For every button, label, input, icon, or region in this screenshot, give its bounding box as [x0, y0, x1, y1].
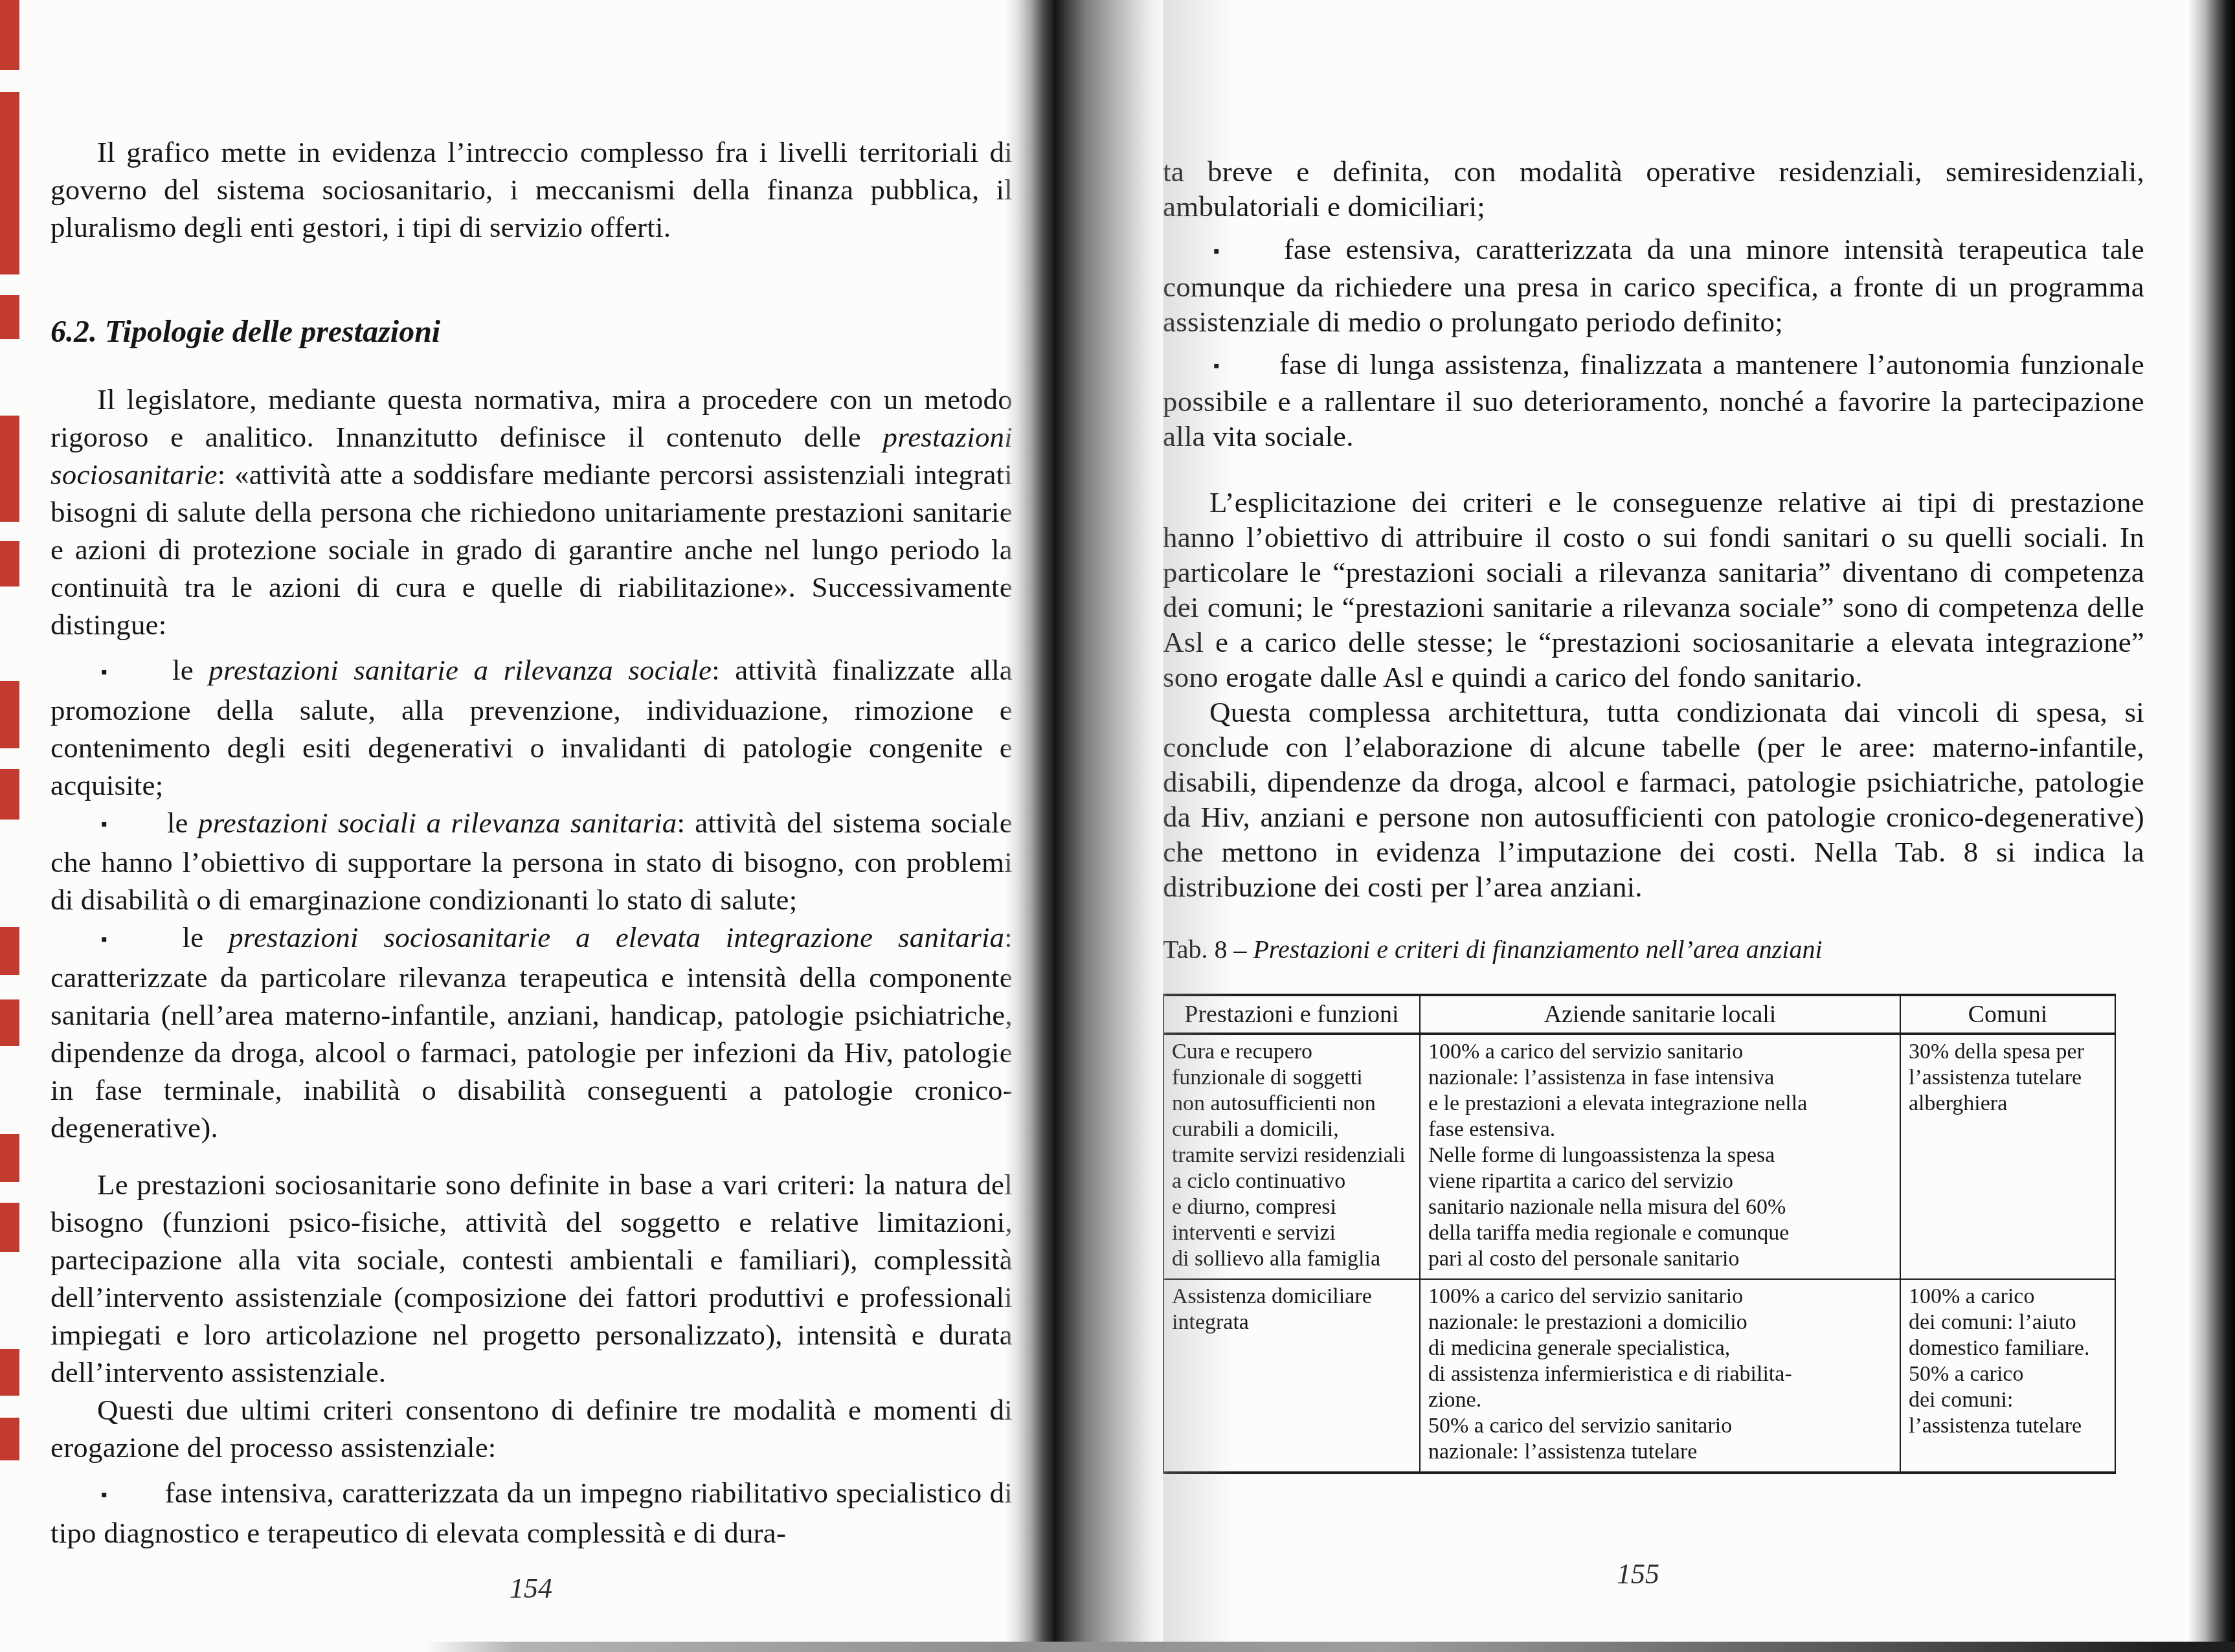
cell-asl-row2: 100% a carico del servizio sanitario naz…: [1420, 1279, 1900, 1473]
cell-cura-recupero: Cura e recupero funzionale di soggetti n…: [1163, 1034, 1420, 1279]
bullet-emphasis: prestazioni sanitarie a rilevanza social…: [208, 654, 712, 686]
cell-comuni-row2: 100% a carico dei comuni: l’aiuto domest…: [1900, 1279, 2115, 1473]
square-bullet-icon: ▪: [101, 930, 125, 950]
red-edge-mark: [0, 416, 19, 522]
bullet-rest: : caratterizzate da particolare rilevanz…: [51, 921, 1013, 1144]
scan-right-edge-shadow: [2188, 0, 2235, 1652]
bullet-rest: fase di lunga assistenza, finalizzata a …: [1163, 348, 2144, 453]
cell-comuni-row1: 30% della spesa per l’assistenza tutelar…: [1900, 1034, 2115, 1279]
page-right: ta breve e definita, con modalità operat…: [1163, 154, 2144, 1474]
bullet-item-sociali-rilevanza-sanitaria: ▪le prestazioni sociali a rilevanza sani…: [51, 804, 1013, 919]
cell-asl-row1: 100% a carico del servizio sanitario naz…: [1420, 1034, 1900, 1279]
column-header-aziende-sanitarie-locali: Aziende sanitarie locali: [1420, 995, 1900, 1034]
red-edge-mark: [0, 0, 19, 70]
table-row: Cura e recupero funzionale di soggetti n…: [1163, 1034, 2115, 1279]
bullet-emphasis: prestazioni sociosanitarie a elevata int…: [229, 921, 1004, 954]
column-header-prestazioni-funzioni: Prestazioni e funzioni: [1163, 995, 1420, 1034]
page-edge-marks: [0, 0, 19, 1652]
page-number-155: 155: [1541, 1557, 1735, 1591]
square-bullet-icon: ▪: [101, 814, 110, 834]
red-edge-mark: [0, 927, 19, 975]
square-bullet-icon: ▪: [101, 1485, 108, 1505]
table-row: Assistenza domiciliare integrata 100% a …: [1163, 1279, 2115, 1473]
red-edge-mark: [0, 1349, 19, 1396]
paragraph-continuation: ta breve e definita, con modalità operat…: [1163, 154, 2144, 224]
red-edge-mark: [0, 681, 19, 748]
square-bullet-icon: ▪: [101, 662, 115, 682]
paragraph-intro: Il grafico mette in evidenza l’intreccio…: [51, 133, 1013, 246]
square-bullet-icon: ▪: [1213, 356, 1222, 376]
red-edge-mark: [0, 92, 19, 274]
red-edge-mark: [0, 1203, 19, 1252]
table-caption: Tab. 8 – Prestazioni e criteri di finanz…: [1163, 934, 2144, 965]
bullet-item-fase-lunga-assistenza: ▪fase di lunga assistenza, finalizzata a…: [1163, 347, 2144, 454]
scan-bottom-edge-shadow: [0, 1642, 2235, 1652]
red-edge-mark: [0, 1134, 19, 1182]
bullet-item-elevata-integrazione: ▪le prestazioni sociosanitarie a elevata…: [51, 919, 1013, 1146]
red-edge-mark: [0, 769, 19, 820]
bullet-rest: fase intensiva, caratterizzata da un imp…: [51, 1477, 1013, 1549]
bullet-lead: le: [167, 807, 198, 839]
paragraph-legislatore: Il legislatore, mediante questa normativ…: [51, 381, 1013, 643]
table-caption-dash: –: [1227, 935, 1253, 964]
bullet-item-fase-estensiva: ▪fase estensiva, caratterizzata da una m…: [1163, 232, 2144, 339]
section-heading-6-2: 6.2. Tipologie delle prestazioni: [51, 313, 1013, 351]
cell-assistenza-domiciliare: Assistenza domiciliare integrata: [1163, 1279, 1420, 1473]
bullet-item-fase-intensiva: ▪fase intensiva, caratterizzata da un im…: [51, 1474, 1013, 1552]
book-scan-spread: { "glyphs": { "bullet": "▪" }, "colors":…: [0, 0, 2235, 1652]
square-bullet-icon: ▪: [1213, 241, 1227, 262]
financing-table: Prestazioni e funzioni Aziende sanitarie…: [1163, 994, 2116, 1474]
red-edge-mark: [0, 541, 19, 586]
red-edge-mark: [0, 999, 19, 1046]
column-header-comuni: Comuni: [1900, 995, 2115, 1034]
paragraph-esplicitazione: L’esplicitazione dei criteri e le conseg…: [1163, 485, 2144, 695]
paragraph-run: Il legislatore, mediante questa normativ…: [51, 383, 1013, 453]
red-edge-mark: [0, 1418, 19, 1460]
bullet-rest: fase estensiva, caratterizzata da una mi…: [1163, 233, 2144, 338]
paragraph-architettura: Questa complessa architettura, tutta con…: [1163, 695, 2144, 904]
page-number-154: 154: [434, 1572, 628, 1605]
bullet-emphasis: prestazioni sociali a rilevanza sanitari…: [198, 807, 677, 839]
paragraph-modalita: Questi due ultimi criteri consentono di …: [51, 1391, 1013, 1466]
table-caption-text: Prestazioni e criteri di finanziamento n…: [1253, 935, 1822, 964]
book-binding-shadow: [1005, 0, 1167, 1652]
red-edge-mark: [0, 295, 19, 339]
table-header-row: Prestazioni e funzioni Aziende sanitarie…: [1163, 995, 2115, 1034]
bullet-item-sanitarie-rilevanza-sociale: ▪le prestazioni sanitarie a rilevanza so…: [51, 651, 1013, 804]
page-left: Il grafico mette in evidenza l’intreccio…: [51, 133, 1013, 1552]
paragraph-criteri: Le prestazioni sociosanitarie sono defin…: [51, 1166, 1013, 1391]
bullet-lead: le: [182, 921, 229, 954]
bullet-lead: le: [172, 654, 208, 686]
table-caption-label: Tab. 8: [1163, 935, 1227, 964]
